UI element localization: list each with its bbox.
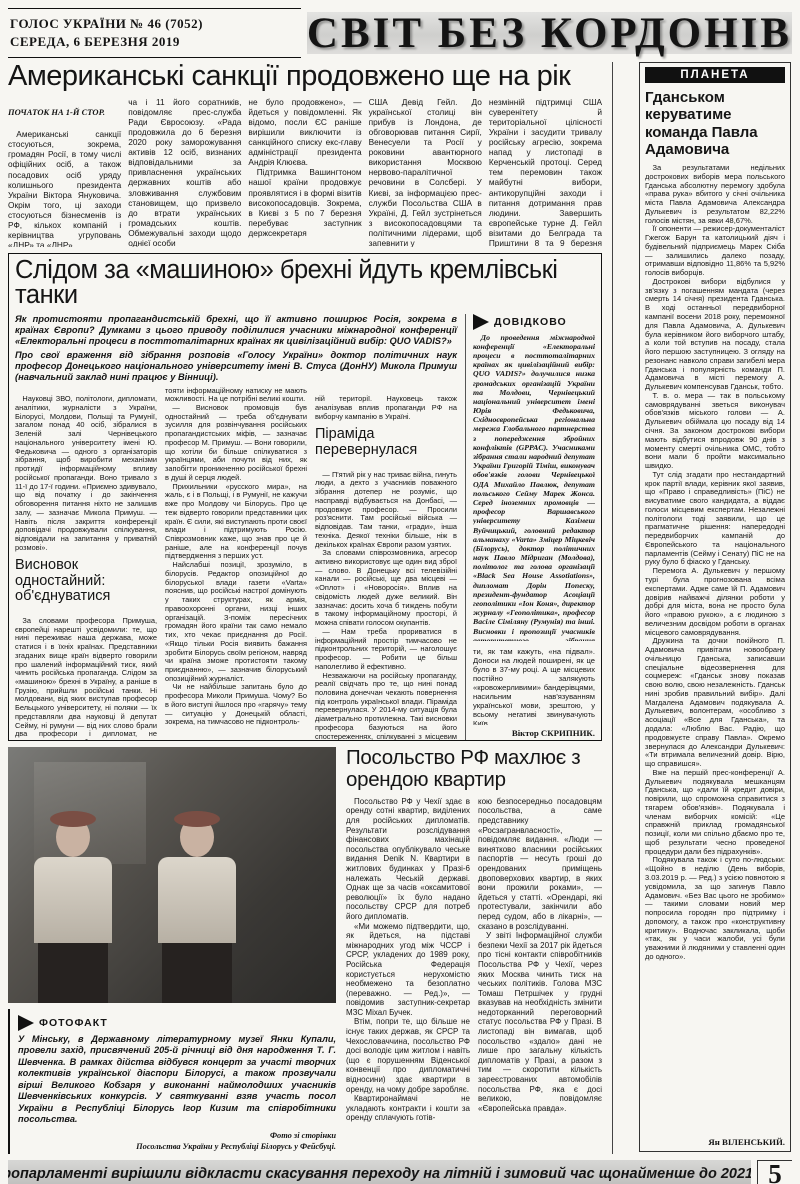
masthead: ГОЛОС УКРАЇНИ № 46 (7052) СЕРЕДА, 6 БЕРЕ… (8, 8, 301, 58)
masthead-issue: ГОЛОС УКРАЇНИ № 46 (7052) (10, 15, 301, 33)
article-embassy: Посольство РФ махлює з орендою квартир П… (346, 747, 602, 1154)
article-column: не було продовжено», — йдеться у повідом… (248, 97, 361, 247)
planeta-rubric-bar: ПЛАНЕТА (645, 67, 785, 83)
section-title-band: СВІТ БЕЗ КОРДОНІВ (307, 12, 792, 54)
footer-banner: В Європарламенті вирішили відкласти скас… (8, 1160, 751, 1184)
planeta-sidebar: ПЛАНЕТА Гданськом керуватиме команда Пав… (639, 62, 791, 1152)
photo-figure-girl-with-microphone (34, 811, 112, 1003)
dovidkovo-label: ДОВІДКОВО (494, 316, 567, 328)
article-embassy-body: Посольство РФ у Чехії здає в оренду сотн… (346, 797, 602, 1154)
article-sanctions: Американські санкції продовжено ще на рі… (8, 62, 602, 253)
photo-credit: Фото зі сторінки Посольства України у Ре… (18, 1131, 336, 1153)
photo-credit-line2: Посольства України у Республіці Білорусь… (18, 1142, 336, 1153)
dovidkovo-text: До проведення міжнародної конференції «Е… (473, 333, 595, 641)
fotofakt-caption-block: ФОТОФАКТ У Мінську, в Державному літерат… (8, 1009, 336, 1154)
article-text: ній території. Науковець також аналізува… (315, 394, 457, 420)
byline-skrypnyk: Віктор СКРИПНИК. (473, 728, 595, 738)
article-text: — П'ятий рік у нас триває війна, гинуть … (315, 470, 457, 741)
lead-paragraph: Як протистояти пропагандистській брехні,… (15, 314, 457, 347)
article-column: ПОЧАТОК НА 1-Й СТОР. Американські санкці… (8, 97, 121, 247)
subhead-conclusion: Висновок одностайний: об'єднуватися (15, 558, 157, 604)
article-column: Посольство РФ у Чехії здає в оренду сотн… (346, 797, 470, 1154)
article-text: За словами професора Примуша, європейці … (15, 616, 157, 741)
article-sanctions-headline: Американські санкції продовжено ще на рі… (8, 62, 602, 92)
dovidkovo-sidebar: ДОВІДКОВО До проведення міжнародної конф… (465, 314, 595, 741)
page-header: ГОЛОС УКРАЇНИ № 46 (7052) СЕРЕДА, 6 БЕРЕ… (8, 8, 792, 58)
section-title: СВІТ БЕЗ КОРДОНІВ (307, 9, 792, 58)
article-tanks-box: Слідом за «машиною» брехні йдуть кремлів… (8, 253, 602, 741)
article-column: кою безпосередньо посадовцям посольства,… (478, 797, 602, 1154)
article-tanks-headline: Слідом за «машиною» брехні йдуть кремлів… (15, 258, 595, 309)
fotofakt-label: ФОТОФАКТ (39, 1017, 108, 1029)
article-column: Науковці ЗВО, політологи, дипломати, ана… (15, 387, 157, 741)
article-tanks-main: Як протистояти пропагандистській брехні,… (15, 314, 457, 741)
fotofakt-block: ФОТОФАКТ У Мінську, в Державному літерат… (8, 747, 336, 1154)
planeta-headline: Гданськом керуватиме команда Павла Адамо… (645, 89, 785, 158)
article-column: ній території. Науковець також аналізува… (315, 387, 457, 741)
main-column: Американські санкції продовжено ще на рі… (8, 62, 602, 1154)
article-text: Американські санкції стосуються, зокрема… (8, 129, 121, 246)
photo-shevchenko-event (8, 747, 336, 1003)
masthead-date: СЕРЕДА, 6 БЕРЕЗНЯ 2019 (10, 33, 301, 51)
article-column: тояти інформаційному натиску не мають мо… (165, 387, 307, 741)
newspaper-page: ГОЛОС УКРАЇНИ № 46 (7052) СЕРЕДА, 6 БЕРЕ… (0, 0, 800, 1184)
article-column: ча і 11 його соратників, повідомляє прес… (128, 97, 241, 247)
dovidkovo-label-row: ДОВІДКОВО (473, 314, 595, 330)
article-embassy-headline: Посольство РФ махлює з орендою квартир (346, 747, 602, 791)
bottom-row: ФОТОФАКТ У Мінську, в Державному літерат… (8, 747, 602, 1154)
flag-arrow-icon (18, 1015, 34, 1031)
page-number: 5 (757, 1160, 792, 1184)
article-tanks-columns: Науковці ЗВО, політологи, дипломати, ана… (15, 387, 457, 741)
flower-wreath (174, 811, 220, 827)
byline-vilenskyi: Ян ВІЛЕНСЬКИЙ. (645, 1137, 785, 1147)
article-column: США Девід Гейл. До української столиці в… (369, 97, 482, 247)
article-text: Науковці ЗВО, політологи, дипломати, ана… (15, 394, 157, 551)
planeta-body: За результатами недільних дострокових ви… (645, 164, 785, 1133)
page-footer: В Європарламенті вирішили відкласти скас… (8, 1160, 792, 1184)
subhead-pyramid: Піраміда перевернулася (315, 427, 457, 457)
article-tanks-body: Як протистояти пропагандистській брехні,… (15, 314, 595, 741)
fotofakt-label-row: ФОТОФАКТ (18, 1015, 336, 1031)
flower-wreath (50, 811, 96, 827)
fotofakt-caption: У Мінську, в Державному літературному му… (18, 1034, 336, 1126)
photo-credit-line1: Фото зі сторінки (18, 1131, 336, 1142)
content: Американські санкції продовжено ще на рі… (8, 62, 792, 1154)
flag-arrow-icon (473, 314, 489, 330)
continuation-kicker: ПОЧАТОК НА 1-Й СТОР. (8, 107, 121, 117)
column-divider (612, 62, 613, 1154)
photo-figure-girl (158, 811, 236, 1003)
article-column: незмінній підтримці США суверенітету й т… (489, 97, 602, 247)
article-tanks-tail: ти, як там кажуть, «на підвал». Доноси н… (473, 647, 595, 725)
lead-paragraph: Про свої враження від зібрання розповів … (15, 350, 457, 383)
article-sanctions-body: ПОЧАТОК НА 1-Й СТОР. Американські санкці… (8, 97, 602, 247)
